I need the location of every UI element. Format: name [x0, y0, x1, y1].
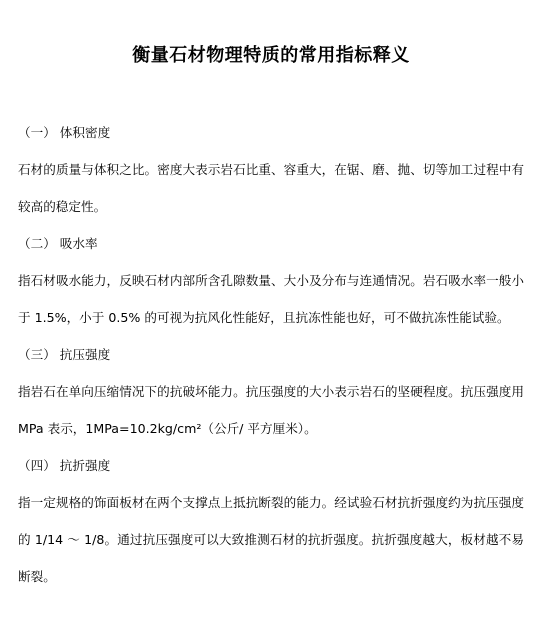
section-heading: （一） 体积密度 — [18, 114, 524, 151]
section-volume-density: （一） 体积密度 石材的质量与体积之比。密度大表示岩石比重、容重大，在锯、磨、抛… — [18, 114, 524, 225]
paragraph-line: 指石材吸水能力，反映石材内部所含孔隙数量、大小及分布与连通情况。岩石吸水率一般小 — [18, 262, 524, 299]
section-flexural-strength: （四） 抗折强度 指一定规格的饰面板材在两个支撑点上抵抗断裂的能力。经试验石材抗… — [18, 447, 524, 595]
paragraph-line: 指岩石在单向压缩情况下的抗破坏能力。抗压强度的大小表示岩石的坚硬程度。抗压强度用 — [18, 373, 524, 410]
document-title: 衡量石材物理特质的常用指标释义 — [18, 45, 524, 67]
section-heading: （二） 吸水率 — [18, 225, 524, 262]
paragraph-line: 的 1/14 ～ 1/8。通过抗压强度可以大致推测石材的抗折强度。抗折强度越大，… — [18, 521, 524, 558]
paragraph-line: 较高的稳定性。 — [18, 188, 524, 225]
section-compressive-strength: （三） 抗压强度 指岩石在单向压缩情况下的抗破坏能力。抗压强度的大小表示岩石的坚… — [18, 336, 524, 447]
section-heading: （四） 抗折强度 — [18, 447, 524, 484]
paragraph-line: MPa 表示，1MPa=10.2kg/cm²（公斤/ 平方厘米）。 — [18, 410, 524, 447]
paragraph-line: 于 1.5%，小于 0.5% 的可视为抗风化性能好，且抗冻性能也好，可不做抗冻性… — [18, 299, 524, 336]
paragraph-line: 指一定规格的饰面板材在两个支撑点上抵抗断裂的能力。经试验石材抗折强度约为抗压强度 — [18, 484, 524, 521]
section-heading: （三） 抗压强度 — [18, 336, 524, 373]
paragraph-line: 石材的质量与体积之比。密度大表示岩石比重、容重大，在锯、磨、抛、切等加工过程中有 — [18, 151, 524, 188]
paragraph-line: 断裂。 — [18, 558, 524, 595]
section-water-absorption: （二） 吸水率 指石材吸水能力，反映石材内部所含孔隙数量、大小及分布与连通情况。… — [18, 225, 524, 336]
document-page: 衡量石材物理特质的常用指标释义 （一） 体积密度 石材的质量与体积之比。密度大表… — [0, 0, 544, 622]
